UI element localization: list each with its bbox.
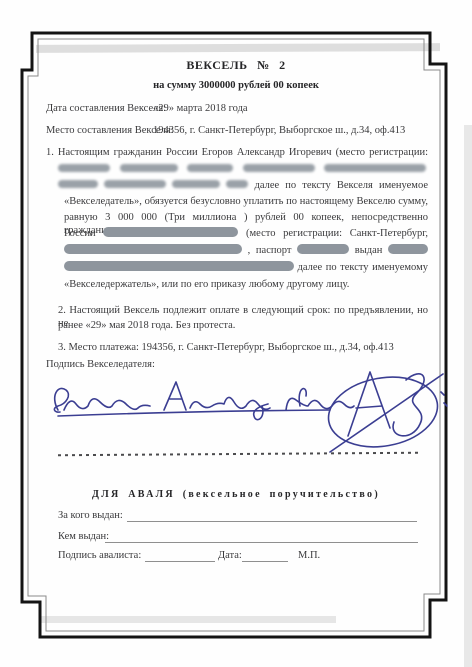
marker-redaction-bar bbox=[103, 227, 238, 237]
scanned-document-page: ВЕКСЕЛЬ № 2 на сумму 3000000 рублей 00 к… bbox=[0, 0, 472, 667]
blur-redaction-segment bbox=[172, 180, 220, 188]
clause1-line3-text: далее по тексту Векселя именуемое bbox=[255, 180, 429, 191]
handwritten-signature bbox=[48, 366, 448, 461]
blur-redaction-segment bbox=[243, 164, 315, 172]
clause1-line9: «Векселедержатель», или по его приказу л… bbox=[64, 278, 349, 291]
scan-shadow-right-edge bbox=[464, 125, 472, 667]
scan-artifact-band-top bbox=[36, 43, 440, 53]
aval-by-whom-blank-line bbox=[105, 542, 418, 543]
clause1-line7-text1: , паспорт bbox=[248, 245, 292, 256]
aval-stamp-label: М.П. bbox=[298, 549, 320, 562]
clause1-line7-text2: выдан bbox=[355, 245, 383, 256]
drawer-signature-label: Подпись Векселедателя: bbox=[46, 358, 155, 371]
clause1-line6-text-post: (место регистрации: Санкт-Петербург, bbox=[246, 228, 428, 239]
marker-redaction-bar bbox=[64, 261, 294, 271]
aval-by-whom-label: Кем выдан: bbox=[58, 530, 109, 543]
blur-redaction-segment bbox=[104, 180, 166, 188]
marker-redaction-bar bbox=[297, 244, 349, 254]
marker-redaction-bar bbox=[388, 244, 428, 254]
blur-redaction-segment bbox=[226, 180, 248, 188]
aval-date-label: Дата: bbox=[218, 549, 242, 562]
scan-artifact-band-bottom bbox=[40, 616, 336, 623]
aval-for-whom-blank-line bbox=[127, 521, 417, 522]
clause2-line2: ранее «29» мая 2018 года. Без протеста. bbox=[58, 319, 235, 332]
blur-redaction-segment bbox=[324, 164, 426, 172]
aval-for-whom-label: За кого выдан: bbox=[58, 509, 123, 522]
document-title: ВЕКСЕЛЬ № 2 bbox=[20, 58, 452, 73]
document-subtitle: на сумму 3000000 рублей 00 копеек bbox=[20, 80, 452, 91]
dashed-separator-line bbox=[58, 452, 418, 457]
clause1-line8-text: далее по тексту именуемому bbox=[298, 262, 428, 273]
aval-section-heading: ДЛЯ АВАЛЯ (вексельное поручительство) bbox=[20, 489, 452, 500]
clause3-line1: 3. Место платежа: 194356, г. Санкт-Петер… bbox=[58, 341, 394, 354]
blur-redaction-segment bbox=[187, 164, 233, 172]
place-of-issue-value: 194356, г. Санкт-Петербург, Выборгское ш… bbox=[153, 124, 405, 137]
marker-redaction-bar bbox=[64, 244, 242, 254]
date-of-issue-value: «29» марта 2018 года bbox=[153, 102, 248, 115]
aval-signature-blank-line bbox=[145, 561, 215, 562]
aval-date-blank-line bbox=[242, 561, 288, 562]
clause1-line6-text-pre: России bbox=[64, 228, 96, 239]
blur-redaction-segment bbox=[120, 164, 178, 172]
aval-signature-label: Подпись авалиста: bbox=[58, 549, 141, 562]
blur-redaction-segment bbox=[58, 164, 110, 172]
blur-redaction-segment bbox=[58, 180, 98, 188]
date-of-issue-label: Дата составления Векселя: bbox=[46, 102, 166, 115]
